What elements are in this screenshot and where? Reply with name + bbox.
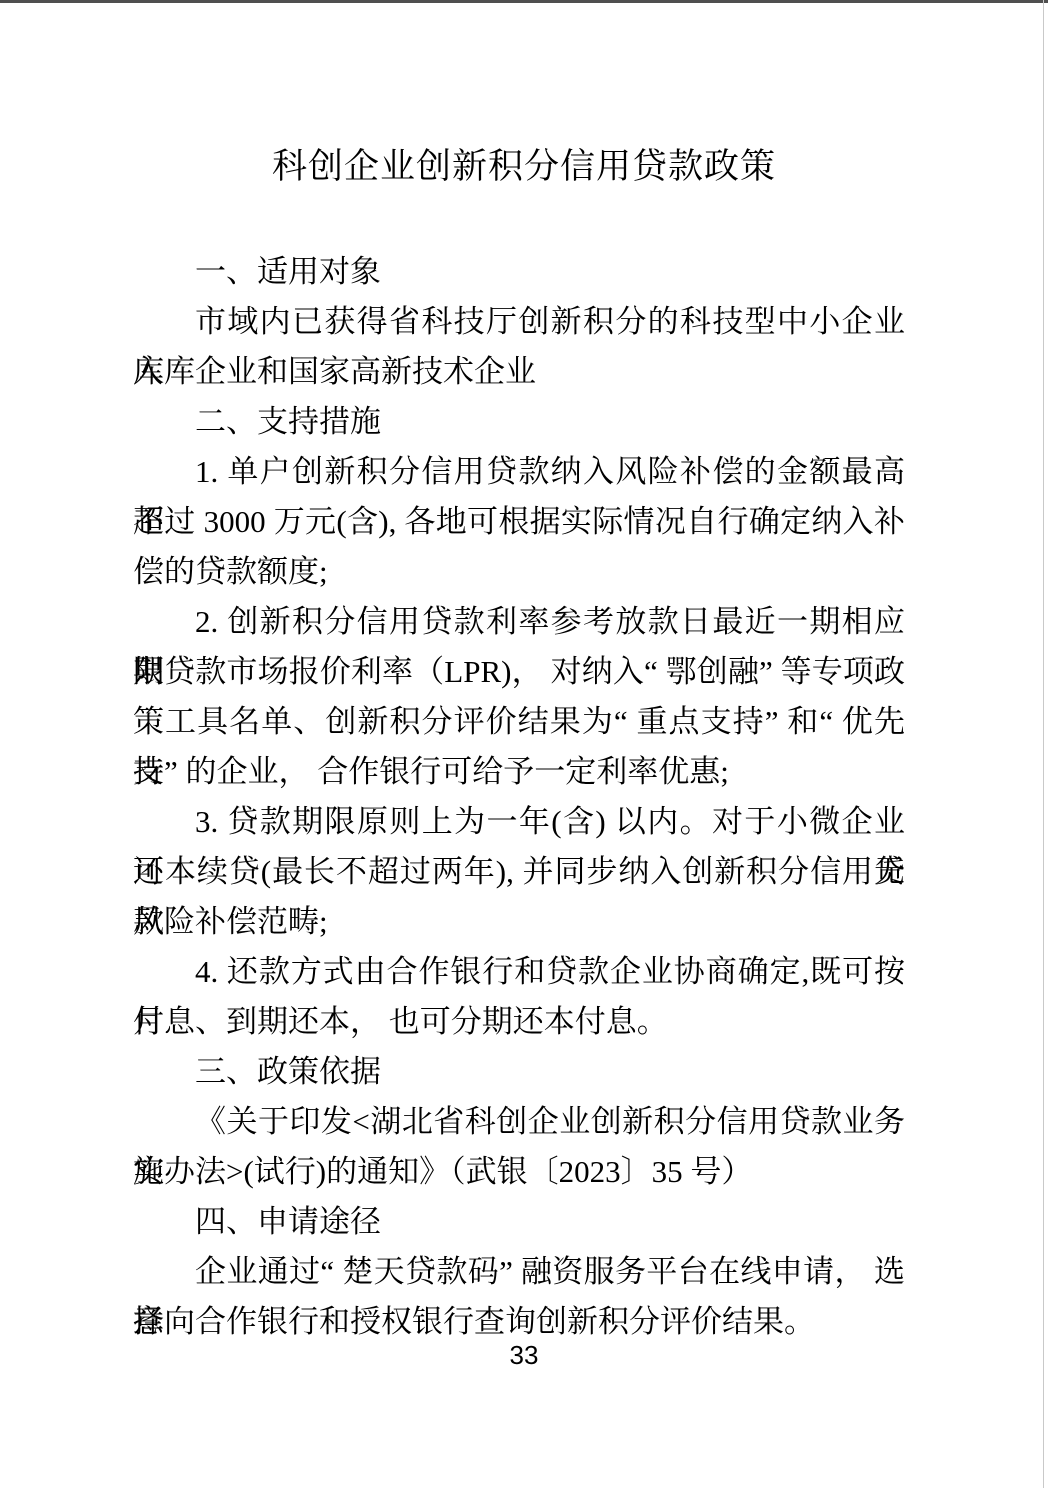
- text-line: 市域内已获得省科技厅创新积分的科技型中小企业库: [133, 297, 905, 347]
- text-line: 四、申请途径: [133, 1197, 905, 1247]
- text-line: 策工具名单、创新积分评价结果为“ 重点支持” 和“ 优先支: [133, 697, 905, 747]
- paragraph-measure-2: 2. 创新积分信用贷款利率参考放款日最近一期相应期 限贷款市场报价利率（LPR)…: [133, 597, 905, 797]
- text-line: 1. 单户创新积分信用贷款纳入风险补偿的金额最高不: [133, 447, 905, 497]
- text-line: 偿的贷款额度;: [133, 547, 905, 597]
- text-line: 持” 的企业， 合作银行可给予一定利率优惠;: [133, 747, 905, 797]
- document-title: 科创企业创新积分信用贷款政策: [0, 140, 1048, 194]
- paragraph-application-channel: 企业通过“ 楚天贷款码” 融资服务平台在线申请， 选择 意向合作银行和授权银行查…: [133, 1247, 905, 1347]
- text-line: 三、政策依据: [133, 1047, 905, 1097]
- text-line: 入库企业和国家高新技术企业: [133, 347, 905, 397]
- page-number: 33: [0, 1333, 1048, 1378]
- text-line: 超过 3000 万元(含), 各地可根据实际情况自行确定纳入补: [133, 497, 905, 547]
- section-heading-2: 二、支持措施: [133, 397, 905, 447]
- text-line: 3. 贷款期限原则上为一年(含) 以内。对于小微企业可无: [133, 797, 905, 847]
- text-line: 2. 创新积分信用贷款利率参考放款日最近一期相应期: [133, 597, 905, 647]
- window-top-edge: [0, 0, 1048, 3]
- section-heading-3: 三、政策依据: [133, 1047, 905, 1097]
- text-line: 付息、到期还本， 也可分期还本付息。: [133, 997, 905, 1047]
- paragraph-applicable-targets: 市域内已获得省科技厅创新积分的科技型中小企业库 入库企业和国家高新技术企业: [133, 297, 905, 397]
- text-line: 二、支持措施: [133, 397, 905, 447]
- text-line: 施办法>(试行)的通知》（武银〔2023〕35 号）: [133, 1147, 905, 1197]
- text-line: 限贷款市场报价利率（LPR)， 对纳入“ 鄂创融” 等专项政: [133, 647, 905, 697]
- paragraph-policy-basis: 《关于印发<湖北省科创企业创新积分信用贷款业务实 施办法>(试行)的通知》（武银…: [133, 1097, 905, 1197]
- text-line: 企业通过“ 楚天贷款码” 融资服务平台在线申请， 选择: [133, 1247, 905, 1297]
- document-body: 一、适用对象 市域内已获得省科技厅创新积分的科技型中小企业库 入库企业和国家高新…: [133, 247, 905, 1347]
- paragraph-measure-3: 3. 贷款期限原则上为一年(含) 以内。对于小微企业可无 还本续贷(最长不超过两…: [133, 797, 905, 947]
- page-right-border: [1043, 0, 1044, 1488]
- text-line: 风险补偿范畴;: [133, 897, 905, 947]
- text-line: 一、适用对象: [133, 247, 905, 297]
- section-heading-1: 一、适用对象: [133, 247, 905, 297]
- text-line: 4. 还款方式由合作银行和贷款企业协商确定,既可按月: [133, 947, 905, 997]
- paragraph-measure-1: 1. 单户创新积分信用贷款纳入风险补偿的金额最高不 超过 3000 万元(含),…: [133, 447, 905, 597]
- section-heading-4: 四、申请途径: [133, 1197, 905, 1247]
- text-line: 《关于印发<湖北省科创企业创新积分信用贷款业务实: [133, 1097, 905, 1147]
- paragraph-measure-4: 4. 还款方式由合作银行和贷款企业协商确定,既可按月 付息、到期还本， 也可分期…: [133, 947, 905, 1047]
- text-line: 还本续贷(最长不超过两年), 并同步纳入创新积分信用贷款: [133, 847, 905, 897]
